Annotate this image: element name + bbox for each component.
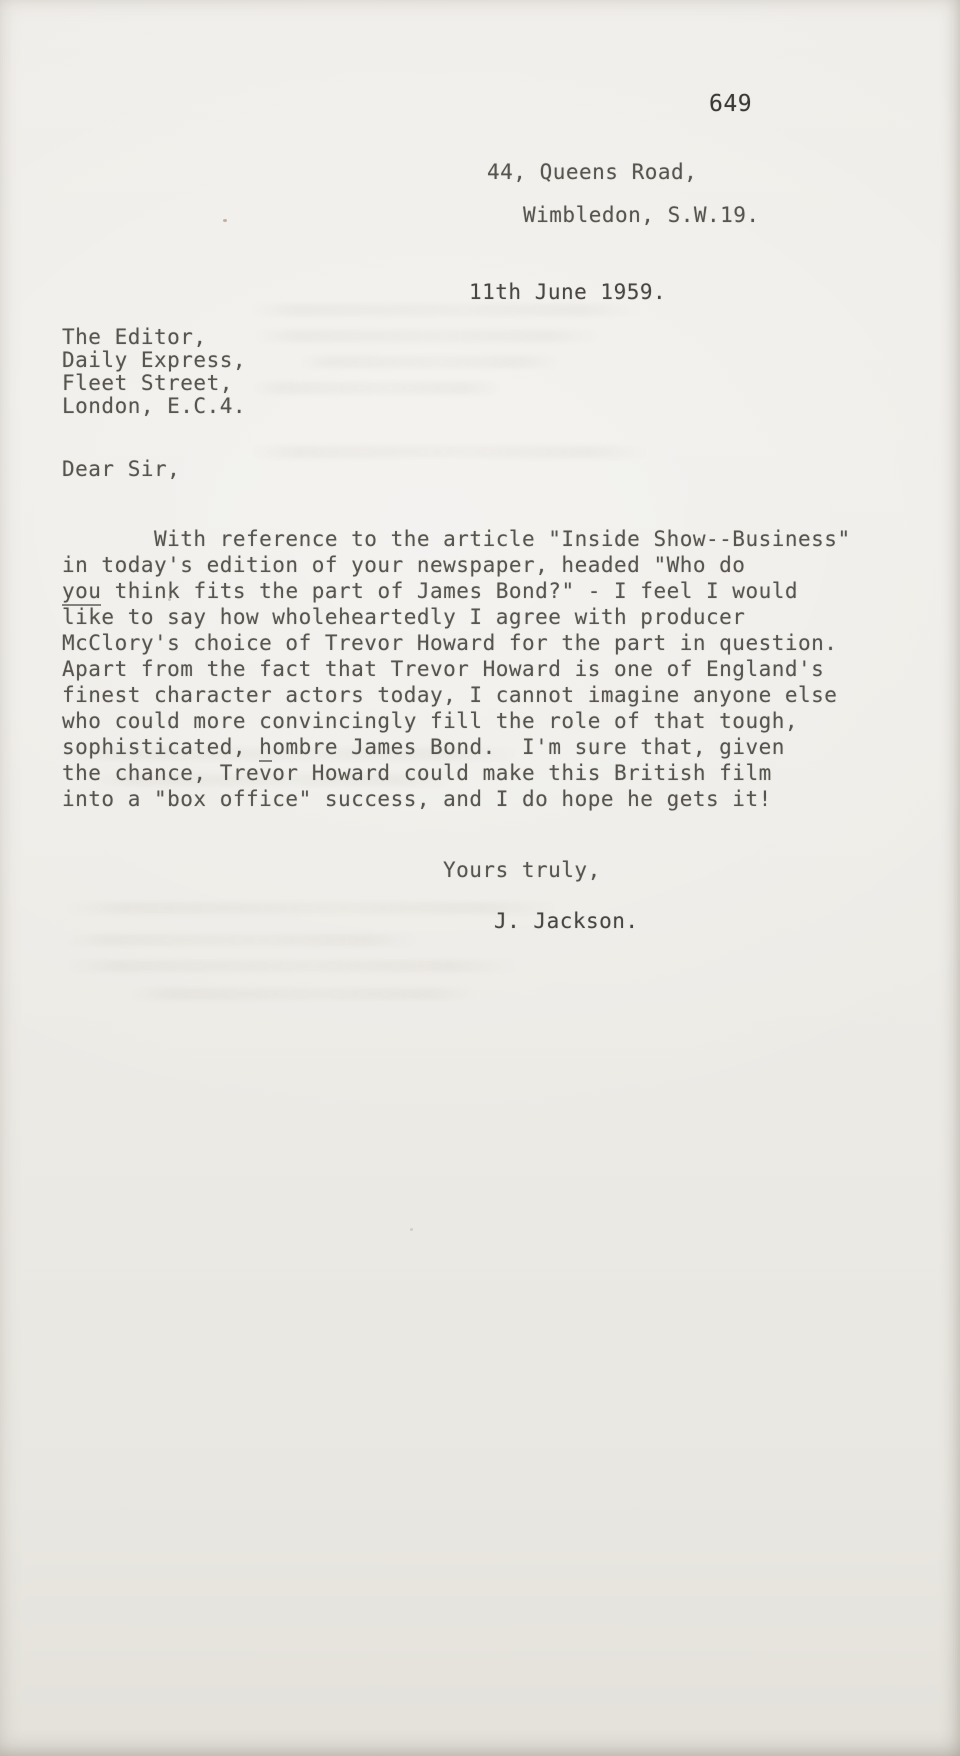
- underlined-word: h: [259, 735, 272, 762]
- body-text-segment: in today's edition of your newspaper, he…: [62, 553, 745, 577]
- body-line: McClory's choice of Trevor Howard for th…: [62, 632, 851, 658]
- closing: Yours truly,: [443, 859, 601, 882]
- bleedthrough-mark: [64, 960, 519, 972]
- body-line: who could more convincingly fill the rol…: [62, 710, 851, 736]
- body-text-segment: the chance, Trevor Howard could make thi…: [62, 761, 772, 785]
- body-text-segment: With reference to the article "Inside Sh…: [62, 527, 851, 551]
- bleedthrough-mark: [130, 988, 480, 1000]
- body-line: Apart from the fact that Trevor Howard i…: [62, 658, 851, 684]
- body-text-segment: into a "box office" success, and I do ho…: [62, 787, 772, 811]
- body-text-segment: sophisticated,: [62, 735, 259, 759]
- body-text-segment: like to say how wholeheartedly I agree w…: [62, 605, 745, 629]
- bleedthrough-mark: [250, 304, 640, 316]
- bleedthrough-mark: [64, 934, 419, 946]
- body-text-segment: Apart from the fact that Trevor Howard i…: [62, 657, 824, 681]
- signature: J. Jackson.: [494, 910, 639, 933]
- salutation: Dear Sir,: [62, 458, 180, 481]
- body-line: in today's edition of your newspaper, he…: [62, 554, 851, 580]
- letter-body: With reference to the article "Inside Sh…: [62, 528, 851, 814]
- letter-date: 11th June 1959.: [469, 281, 666, 304]
- body-text-segment: finest character actors today, I cannot …: [62, 683, 837, 707]
- sender-address-line1: 44, Queens Road,: [487, 161, 697, 184]
- body-text-segment: ombre James Bond. I'm sure that, given: [272, 735, 785, 759]
- body-line: the chance, Trevor Howard could make thi…: [62, 762, 851, 788]
- paper-speck: [223, 219, 227, 222]
- bleedthrough-mark: [255, 330, 600, 342]
- body-text-segment: McClory's choice of Trevor Howard for th…: [62, 631, 837, 655]
- body-line: sophisticated, hombre James Bond. I'm su…: [62, 736, 851, 762]
- body-line: into a "box office" success, and I do ho…: [62, 788, 851, 814]
- bleedthrough-mark: [252, 382, 502, 394]
- sender-address-line2: Wimbledon, S.W.19.: [523, 204, 760, 227]
- bleedthrough-mark: [300, 356, 560, 368]
- body-line: you think fits the part of James Bond?" …: [62, 580, 851, 606]
- underlined-word: you: [62, 579, 101, 606]
- paper-speck: [410, 1228, 413, 1231]
- recipient-address: The Editor, Daily Express, Fleet Street,…: [62, 326, 246, 418]
- page-number: 649: [709, 93, 752, 116]
- body-text-segment: who could more convincingly fill the rol…: [62, 709, 798, 733]
- body-line: finest character actors today, I cannot …: [62, 684, 851, 710]
- body-text-segment: think fits the part of James Bond?" - I …: [101, 579, 798, 603]
- body-line: With reference to the article "Inside Sh…: [62, 528, 851, 554]
- bleedthrough-mark: [64, 902, 559, 914]
- bleedthrough-mark: [250, 446, 650, 458]
- body-line: like to say how wholeheartedly I agree w…: [62, 606, 851, 632]
- letter-page: 649 44, Queens Road, Wimbledon, S.W.19. …: [0, 0, 960, 1756]
